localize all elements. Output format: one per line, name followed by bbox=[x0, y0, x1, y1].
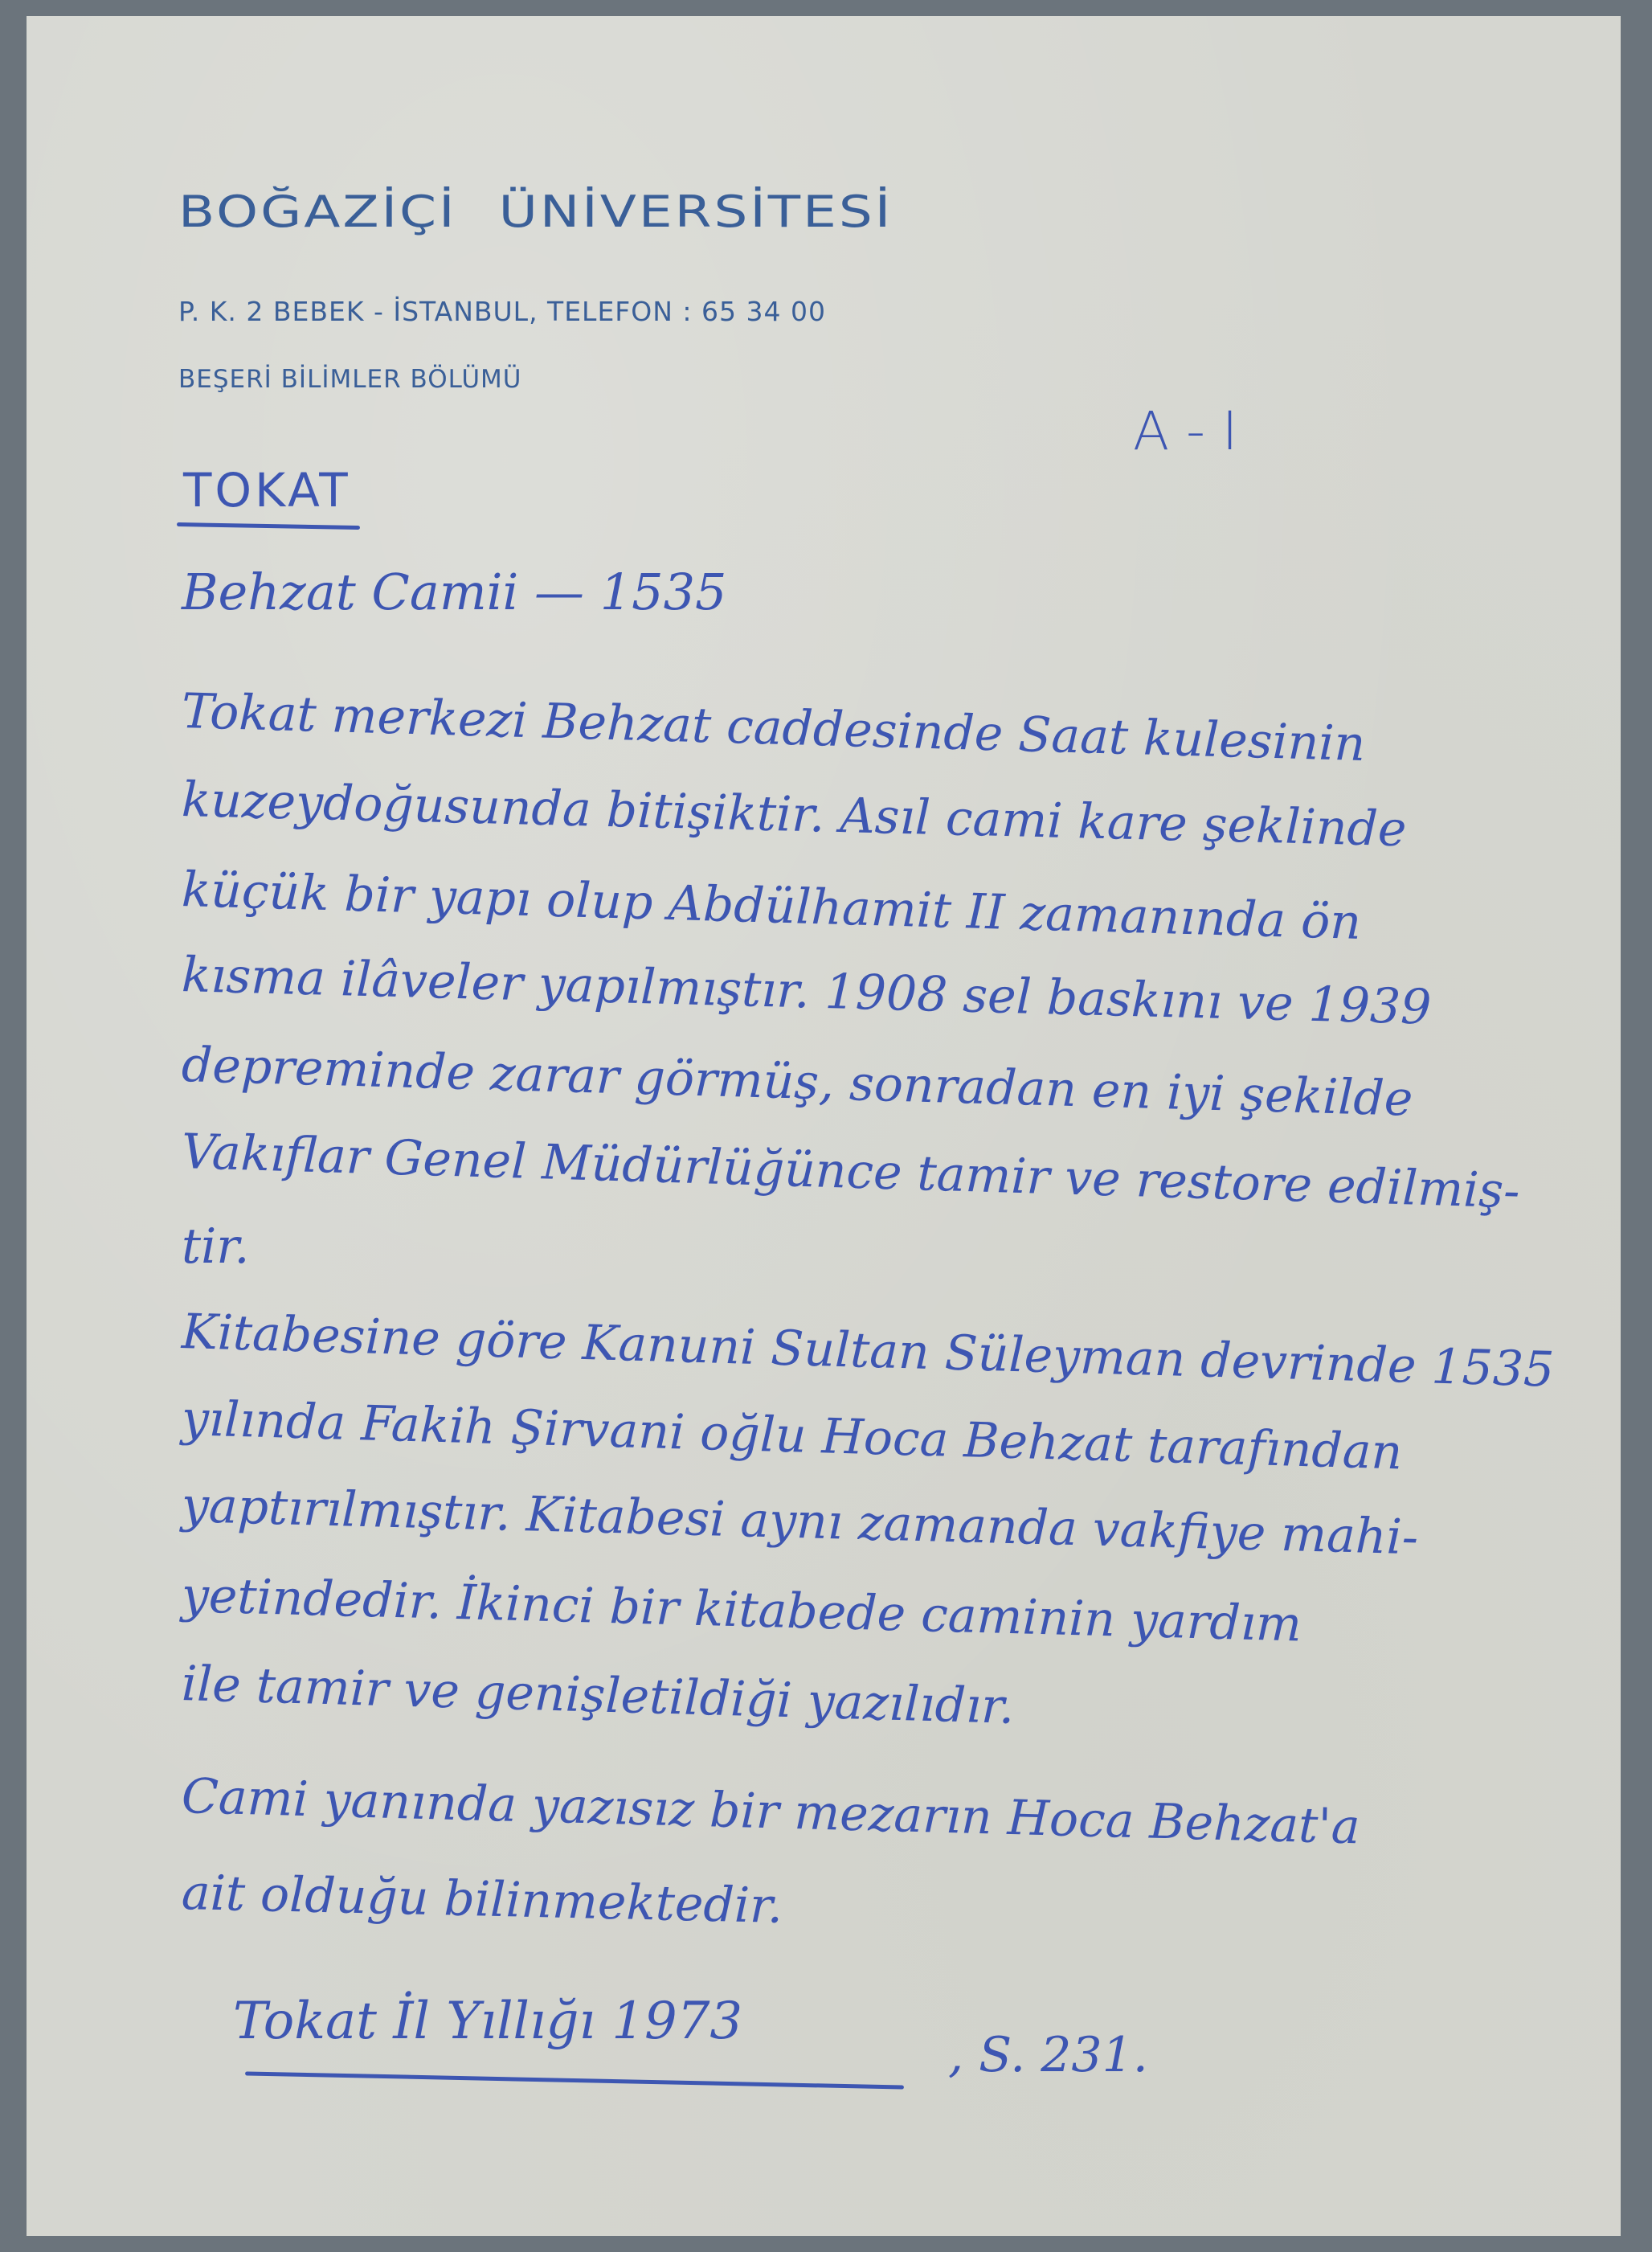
citation-page: , S. 231. bbox=[948, 2027, 1148, 2083]
letterhead-department: BEŞERİ BİLİMLER BÖLÜMÜ bbox=[178, 365, 521, 394]
body-line: tir. bbox=[182, 1218, 249, 1275]
subject-heading: Behzat Camii — 1535 bbox=[182, 563, 727, 621]
letterhead-university-name: BOĞAZİÇİÜNİVERSİTESİ bbox=[178, 186, 893, 237]
letterhead-word-universitesi: ÜNİVERSİTESİ bbox=[499, 186, 893, 237]
reference-mark: A - I bbox=[1133, 400, 1237, 462]
citation-source: Tokat İl Yıllığı 1973 bbox=[233, 1992, 742, 2051]
city-heading: TOKAT bbox=[183, 463, 351, 518]
letterhead-address: P. K. 2 BEBEK - İSTANBUL, TELEFON : 65 3… bbox=[178, 296, 826, 327]
letterhead-word-bogazici: BOĞAZİÇİ bbox=[178, 186, 457, 237]
